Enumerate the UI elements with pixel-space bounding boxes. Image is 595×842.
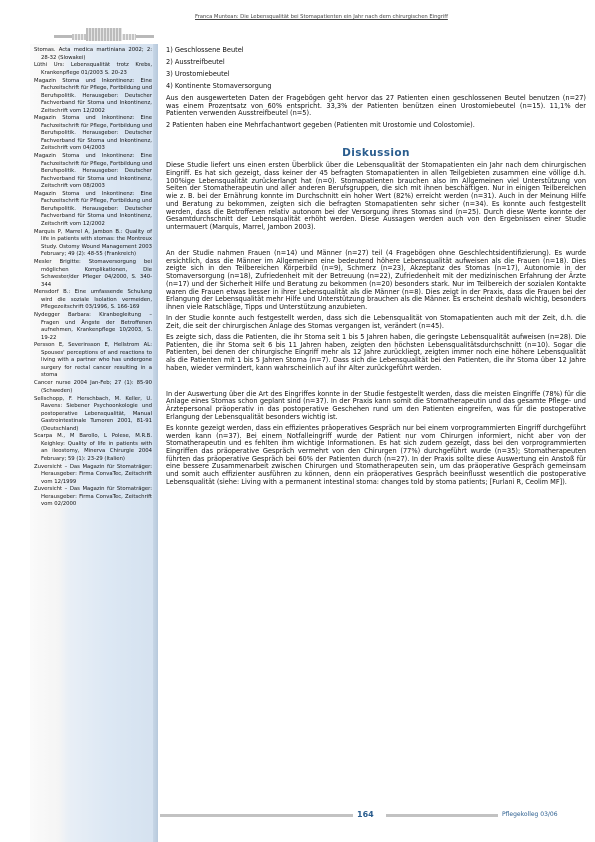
pouch-type-list: 1) Geschlossene Beutel 2) Ausstreifbeute… [166, 47, 586, 91]
reference-item: Magazin Stoma und Inkontinenz: Eine Fach… [34, 78, 152, 116]
reference-list: Stomas. Acta medica martiniana 2002; 2: … [34, 47, 152, 509]
reference-item: Magazin Stoma und Inkontinenz: Eine Fach… [34, 115, 152, 153]
reference-item: Zuversicht – Das Magazin für Stomaträger… [34, 464, 152, 487]
reference-item: Sellschopp, F. Herschbach, M. Keller, U.… [34, 396, 152, 434]
running-header: Franca Muntean: Die Lebensqualität bei S… [195, 14, 587, 20]
reference-item: Lüthi Urs: Lebensqualität trotz Krebs, K… [34, 62, 152, 77]
reference-item: Magazin Stoma und Inkontinenz: Eine Fach… [34, 153, 152, 191]
body-paragraph: An der Studie nahmen Frauen (n=14) und M… [166, 250, 586, 312]
list-item: 1) Geschlossene Beutel [166, 47, 586, 55]
reference-item: Mesler Brigitte: Stomaversorgung bei mög… [34, 259, 152, 289]
reference-item: Stomas. Acta medica martiniana 2002; 2: … [34, 47, 152, 62]
reference-item: Zuversicht – Das Magazin für Stomaträger… [34, 486, 152, 509]
list-item: 3) Urostomiebeutel [166, 71, 586, 79]
page-footer: 164 Pflegekolleg 03/06 [160, 810, 595, 822]
footer-rule [386, 814, 498, 817]
body-paragraph: In der Auswertung über die Art des Eingr… [166, 391, 586, 422]
journal-issue: Pflegekolleg 03/06 [502, 811, 558, 818]
reference-item: Cancer nurse 2004 Jan-Feb; 27 (1): 85-90… [34, 380, 152, 395]
list-item: 4) Kontinente Stomaversorgung [166, 83, 586, 91]
body-paragraph: Aus den ausgewerteten Daten der Fragebög… [166, 95, 586, 118]
reference-item: Marquis P, Marrel A, Jambon B.: Quality … [34, 229, 152, 259]
reference-item: Persson E, Severinsson E, Hellstrom AL: … [34, 342, 152, 380]
body-paragraph: Es zeigte sich, dass die Patienten, die … [166, 334, 586, 373]
reference-item: Scarpa M., M Barollo, L Polese, M.R.B. K… [34, 433, 152, 463]
reference-item: Magazin Stoma und Inkontinenz: Eine Fach… [34, 191, 152, 229]
body-paragraph: 2 Patienten haben eine Mehrfachantwort g… [166, 122, 586, 130]
reference-item: Mensdorf B.: Eine umfassende Schulung wi… [34, 289, 152, 312]
section-heading: Diskussion [166, 150, 586, 158]
main-column: 1) Geschlossene Beutel 2) Ausstreifbeute… [166, 47, 586, 490]
body-paragraph: Diese Studie liefert uns einen ersten Üb… [166, 162, 586, 231]
body-paragraph: In der Studie konnte auch festgestellt w… [166, 315, 586, 330]
footer-rule [160, 814, 353, 817]
reference-item: Nydegger Barbara: Kiranbegleitung – Frag… [34, 312, 152, 342]
page-number: 164 [357, 810, 374, 819]
list-item: 2) Ausstreifbeutel [166, 59, 586, 67]
journal-logo [48, 24, 160, 44]
body-paragraph: Es konnte gezeigt werden, dass ein effiz… [166, 425, 586, 487]
